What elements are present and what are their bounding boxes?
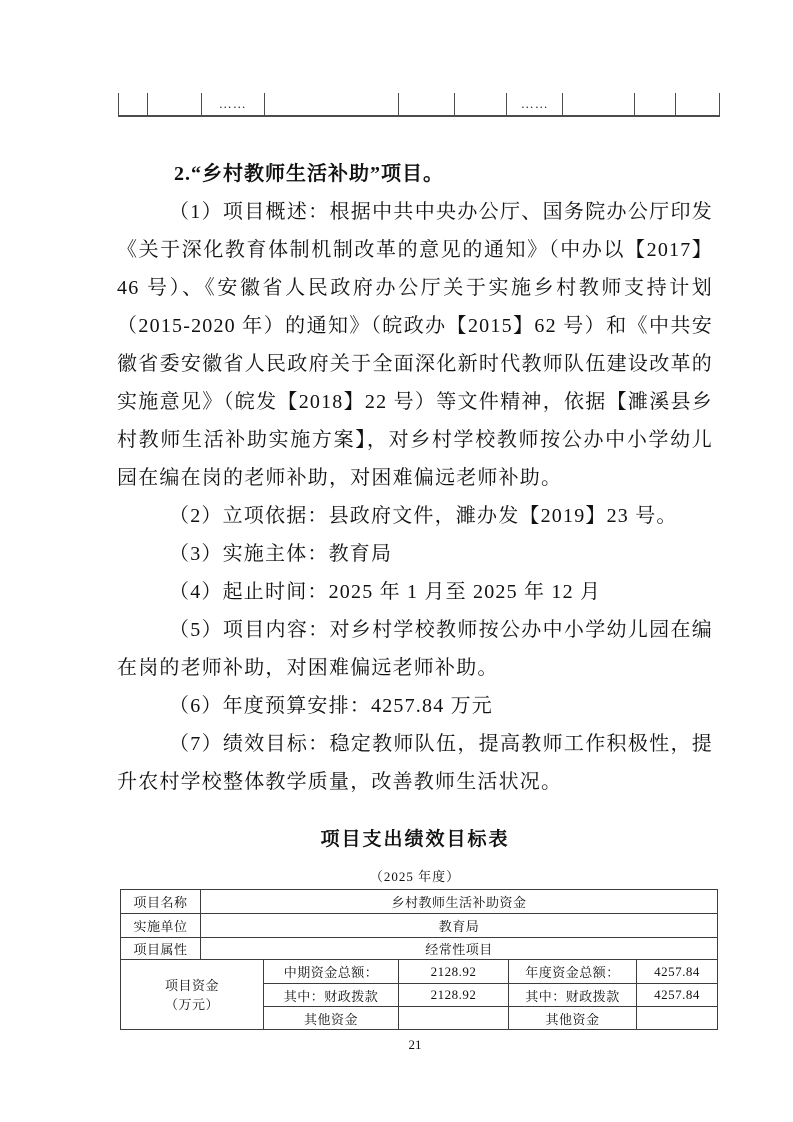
funds-row-label: 其中：财政拨款: [264, 984, 399, 1007]
table-title: 项目支出绩效目标表: [117, 827, 713, 853]
body-paragraph: （7）绩效目标：稳定教师队伍，提高教师工作积极性，提升农村学校整体教学质量，改善…: [117, 725, 713, 801]
funds-row-value: [399, 1007, 509, 1030]
body-paragraph: （5）项目内容：对乡村学校教师按公办中小学幼儿园在编在岗的老师补助，对困难偏远老…: [117, 611, 713, 687]
body-paragraph: （1）项目概述：根据中共中央办公厅、国务院办公厅印发《关于深化教育体制机制改革的…: [117, 193, 713, 497]
table-cell: [148, 93, 202, 115]
funds-row-label: 中期资金总额：: [264, 960, 399, 984]
funds-row-label: 其他资金: [264, 1007, 399, 1030]
funds-row-value: 4257.84: [637, 960, 718, 984]
performance-target-table: 项目名称 乡村教师生活补助资金 实施单位 教育局 项目属性 经常性项目 项目资金…: [120, 889, 718, 1030]
row-label: 项目名称: [121, 890, 201, 914]
table-cell: [265, 93, 399, 115]
row-value: 乡村教师生活补助资金: [201, 890, 718, 914]
table-cell: [635, 93, 676, 115]
funds-unit-label: 项目资金 （万元）: [121, 960, 264, 1030]
table-cell: [399, 93, 456, 115]
body-paragraph: （2）立项依据：县政府文件，濉办发【2019】23 号。: [117, 497, 713, 535]
row-value: 经常性项目: [201, 938, 718, 960]
section-heading: 2.“乡村教师生活补助”项目。: [117, 155, 713, 193]
page-number: 21: [117, 1037, 713, 1053]
table-cell: ……: [507, 93, 563, 115]
table-cell: ……: [202, 93, 265, 115]
funds-unit-line1: 项目资金: [121, 976, 263, 995]
body-paragraph: （6）年度预算安排：4257.84 万元: [117, 687, 713, 725]
funds-row-label: 其他资金: [509, 1007, 637, 1030]
table-year-subtitle: （2025 年度）: [117, 867, 713, 887]
row-value: 教育局: [201, 914, 718, 938]
funds-row-label: 年度资金总额：: [509, 960, 637, 984]
continued-table-fragment: …… ……: [118, 93, 720, 117]
table-cell: [676, 93, 720, 115]
funds-row-value: [637, 1007, 718, 1030]
body-paragraph: （4）起止时间：2025 年 1 月至 2025 年 12 月: [117, 573, 713, 611]
table-cell: [455, 93, 507, 115]
funds-unit-line2: （万元）: [121, 995, 263, 1014]
table-cell: [563, 93, 635, 115]
row-label: 项目属性: [121, 938, 201, 960]
text-column: 2.“乡村教师生活补助”项目。 （1）项目概述：根据中共中央办公厅、国务院办公厅…: [117, 117, 713, 1053]
table-cell: [119, 93, 148, 115]
document-page: …… …… 2.“乡村教师生活补助”项目。 （1）项目概述：根据中共中央办公厅、…: [0, 0, 793, 1122]
funds-row-value: 4257.84: [637, 984, 718, 1007]
funds-row-value: 2128.92: [399, 960, 509, 984]
funds-row-value: 2128.92: [399, 984, 509, 1007]
body-paragraph: （3）实施主体：教育局: [117, 535, 713, 573]
funds-row-label: 其中：财政拨款: [509, 984, 637, 1007]
row-label: 实施单位: [121, 914, 201, 938]
